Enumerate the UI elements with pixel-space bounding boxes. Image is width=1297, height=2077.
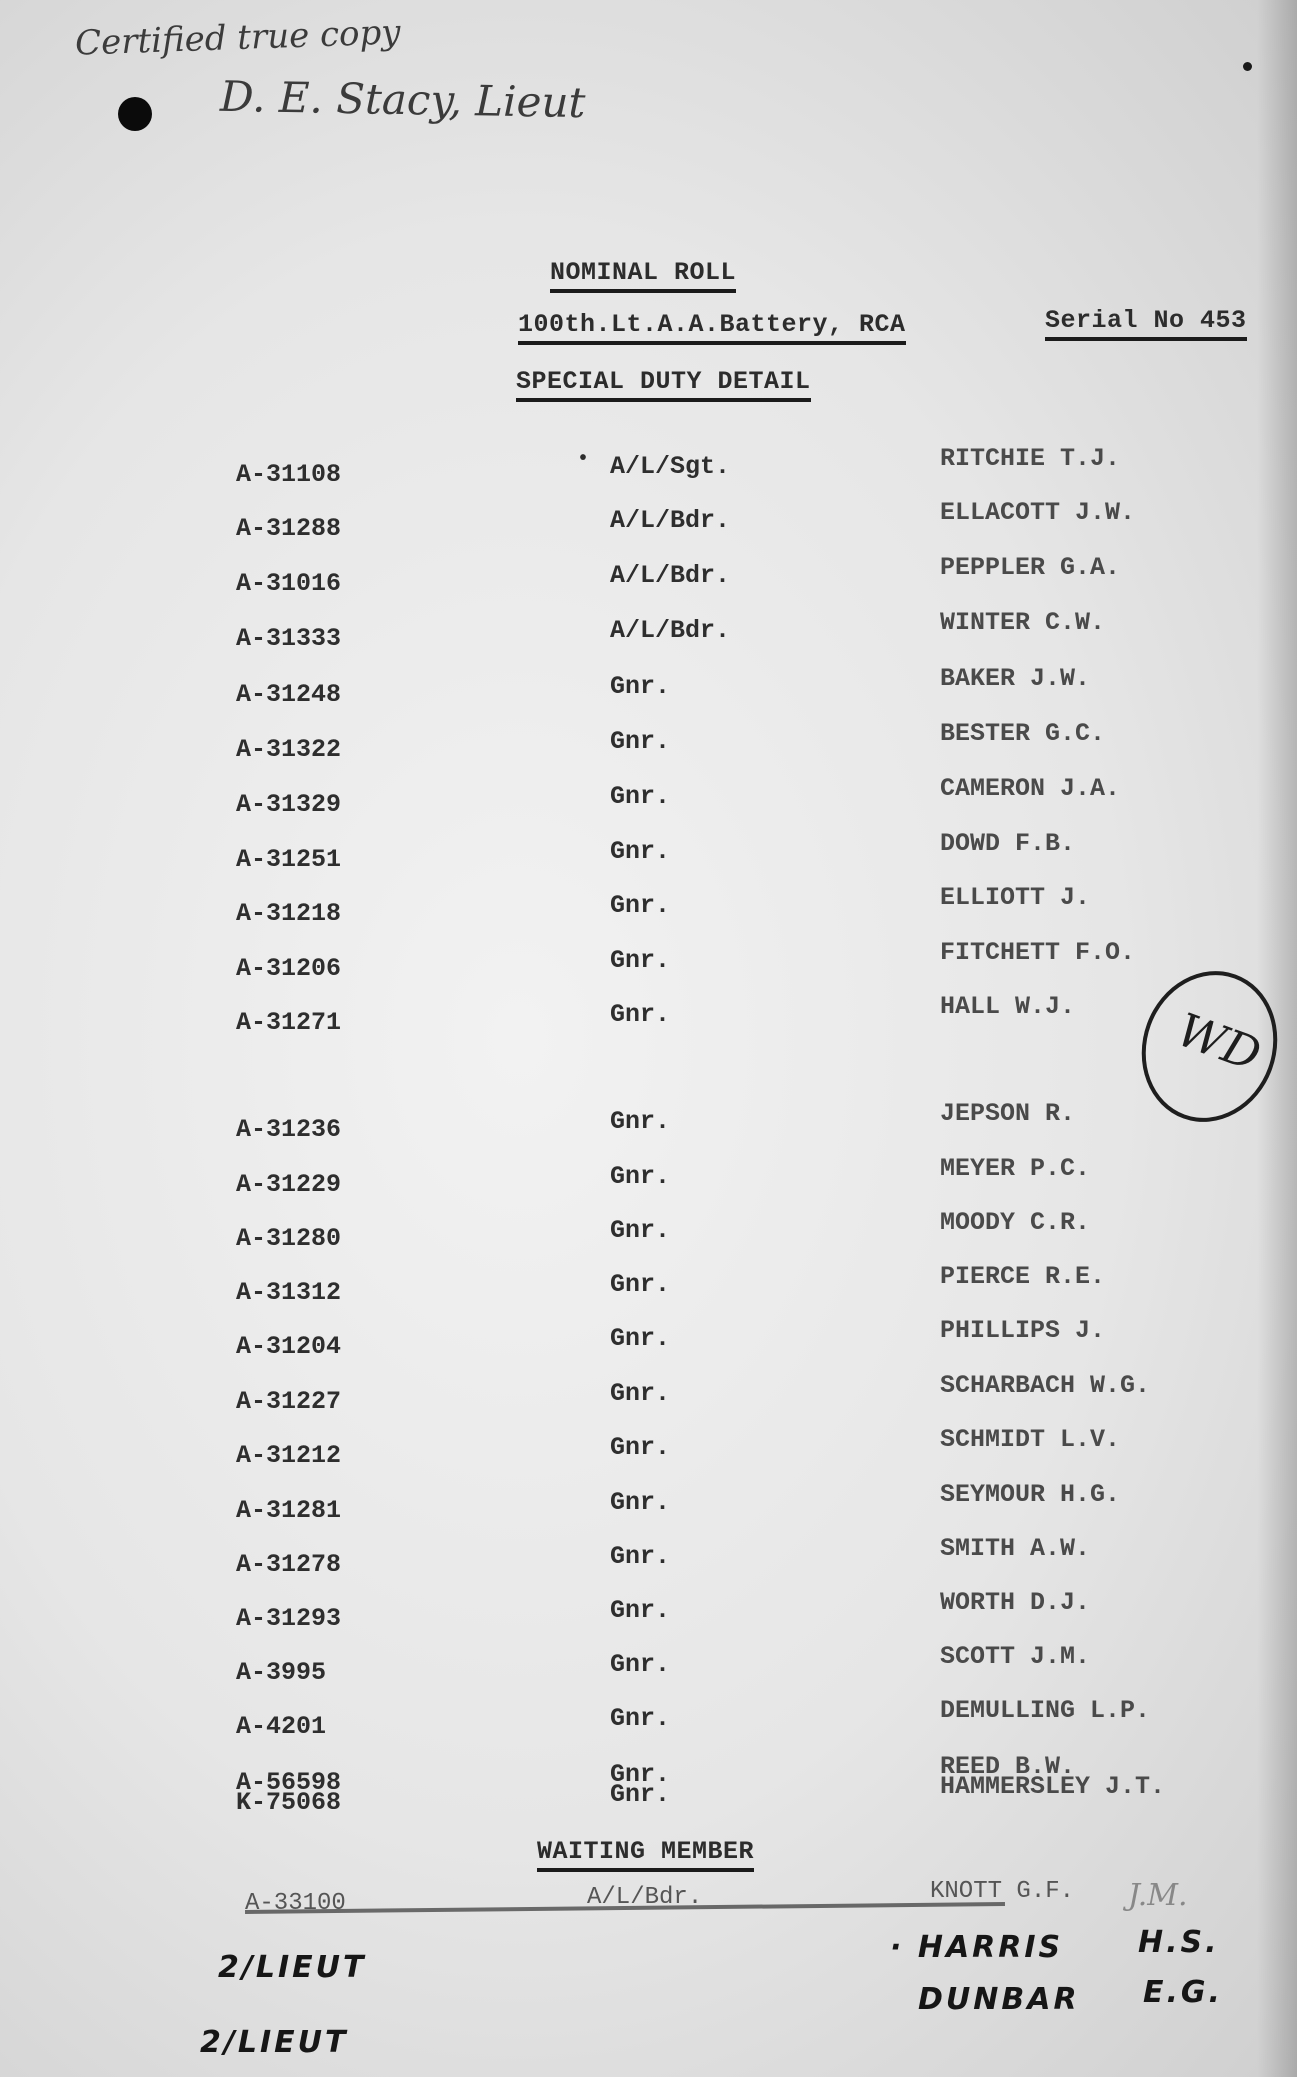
rank: Gnr. [610,1596,670,1625]
roll-row: A-31278Gnr.SMITH A.W. [0,1542,1297,1582]
member-name: PIERCE R.E. [940,1262,1105,1291]
service-number: A-31206 [236,954,341,983]
member-name: DOWD F.B. [940,829,1075,858]
service-number: A-31288 [236,514,341,543]
handwritten-initials-2: E.G. [1143,1975,1223,2010]
member-name: SCOTT J.M. [940,1642,1090,1671]
service-number: A-31016 [236,569,341,598]
rank: Gnr. [610,1000,670,1029]
member-name: MEYER P.C. [940,1154,1090,1183]
struck-name: KNOTT G.F. [930,1878,1074,1905]
rank: Gnr. [610,1379,670,1408]
tick-mark: • [577,448,589,471]
roll-row: A-31271Gnr.HALL W.J. [0,1000,1297,1040]
service-number: A-31251 [236,845,341,874]
handwritten-name-1: · HARRIS [890,1930,1063,1965]
service-number: A-31248 [236,680,341,709]
member-name: SEYMOUR H.G. [940,1480,1120,1509]
service-number: A-31322 [236,735,341,764]
roll-row: A-31248Gnr.BAKER J.W. [0,672,1297,712]
roll-row: A-31312Gnr.PIERCE R.E. [0,1270,1297,1310]
member-name: HAMMERSLEY J.T. [940,1772,1165,1801]
roll-row: A-31293Gnr.WORTH D.J. [0,1596,1297,1636]
unit-name: 100th.Lt.A.A.Battery, RCA [518,310,906,339]
service-number: A-31278 [236,1550,341,1579]
rank: Gnr. [610,946,670,975]
roll-row: A-31329Gnr.CAMERON J.A. [0,782,1297,822]
roll-row: K-75068Gnr.HAMMERSLEY J.T. [0,1780,1297,1820]
roll-row: A-31206Gnr.FITCHETT F.O. [0,946,1297,986]
roll-row: A-31333A/L/Bdr.WINTER C.W. [0,616,1297,656]
handwritten-rank-1: 2/LIEUT [218,1950,366,1985]
member-name: ELLIOTT J. [940,883,1090,912]
rank: Gnr. [610,1162,670,1191]
member-name: SCHMIDT L.V. [940,1425,1120,1454]
service-number: A-31218 [236,899,341,928]
member-name: PEPPLER G.A. [940,553,1120,582]
roll-row: A-31227Gnr.SCHARBACH W.G. [0,1379,1297,1419]
roll-row: A-31280Gnr.MOODY C.R. [0,1216,1297,1256]
service-number: A-31212 [236,1441,341,1470]
rank: A/L/Bdr. [610,506,730,535]
rank: Gnr. [610,782,670,811]
service-number: A-31108 [236,460,341,489]
rank: Gnr. [610,1107,670,1136]
service-number: A-31229 [236,1170,341,1199]
punch-hole-mark [118,97,152,131]
member-name: MOODY C.R. [940,1208,1090,1237]
member-name: CAMERON J.A. [940,774,1120,803]
roll-row: A-31229Gnr.MEYER P.C. [0,1162,1297,1202]
roll-row: A-3995Gnr.SCOTT J.M. [0,1650,1297,1690]
roll-row: A-31251Gnr.DOWD F.B. [0,837,1297,877]
rank: Gnr. [610,1216,670,1245]
document-title: NOMINAL ROLL [550,258,736,287]
handwritten-rank-2: 2/LIEUT [200,2025,348,2060]
roll-row: A-31322Gnr.BESTER G.C. [0,727,1297,767]
rank: Gnr. [610,1650,670,1679]
member-name: BESTER G.C. [940,719,1105,748]
rank: Gnr. [610,1270,670,1299]
service-number: A-31271 [236,1008,341,1037]
waiting-member-heading: WAITING MEMBER [537,1837,754,1866]
member-name: SCHARBACH W.G. [940,1371,1150,1400]
roll-row: A-31281Gnr.SEYMOUR H.G. [0,1488,1297,1528]
roll-row: A-31108A/L/Sgt.RITCHIE T.J.• [0,452,1297,492]
rank: Gnr. [610,672,670,701]
rank: Gnr. [610,837,670,866]
rank: Gnr. [610,1324,670,1353]
member-name: WORTH D.J. [940,1588,1090,1617]
service-number: A-31281 [236,1496,341,1525]
service-number: A-31312 [236,1278,341,1307]
member-name: RITCHIE T.J. [940,444,1120,473]
rank: A/L/Bdr. [610,561,730,590]
roll-row: A-31212Gnr.SCHMIDT L.V. [0,1433,1297,1473]
serial-number: Serial No 453 [1045,306,1247,335]
member-name: ELLACOTT J.W. [940,498,1135,527]
service-number: A-31333 [236,624,341,653]
service-number: A-4201 [236,1712,326,1741]
certifying-signature: D. E. Stacy, Lieut [220,72,586,127]
service-number: A-3995 [236,1658,326,1687]
member-name: WINTER C.W. [940,608,1105,637]
service-number: A-31293 [236,1604,341,1633]
roll-row: A-4201Gnr.DEMULLING L.P. [0,1704,1297,1744]
roll-row: A-31204Gnr.PHILLIPS J. [0,1324,1297,1364]
ink-spot [1243,62,1252,71]
member-name: PHILLIPS J. [940,1316,1105,1345]
handwritten-initials-1: H.S. [1138,1925,1220,1960]
rank: Gnr. [610,891,670,920]
member-name: BAKER J.W. [940,664,1090,693]
service-number: A-31236 [236,1115,341,1144]
rank: Gnr. [610,1488,670,1517]
roll-row: A-31236Gnr.JEPSON R. [0,1107,1297,1147]
rank: Gnr. [610,727,670,756]
member-name: HALL W.J. [940,992,1075,1021]
rank: Gnr. [610,1433,670,1462]
roll-row: A-31288A/L/Bdr.ELLACOTT J.W. [0,506,1297,546]
rank: Gnr. [610,1780,670,1809]
handwritten-name-2: DUNBAR [918,1982,1080,2017]
service-number: A-31204 [236,1332,341,1361]
service-number: A-31280 [236,1224,341,1253]
rank: A/L/Sgt. [610,452,730,481]
roll-row: A-31218Gnr.ELLIOTT J. [0,891,1297,931]
member-name: JEPSON R. [940,1099,1075,1128]
service-number: K-75068 [236,1788,341,1817]
rank: Gnr. [610,1704,670,1733]
detail-heading: SPECIAL DUTY DETAIL [516,367,811,396]
service-number: A-31329 [236,790,341,819]
struck-initials: J.M. [1128,1878,1188,1913]
member-name: SMITH A.W. [940,1534,1090,1563]
roll-row: A-31016A/L/Bdr.PEPPLER G.A. [0,561,1297,601]
service-number: A-31227 [236,1387,341,1416]
rank: Gnr. [610,1542,670,1571]
rank: A/L/Bdr. [610,616,730,645]
certification-note: Certified true copy [74,12,401,63]
member-name: DEMULLING L.P. [940,1696,1150,1725]
member-name: FITCHETT F.O. [940,938,1135,967]
